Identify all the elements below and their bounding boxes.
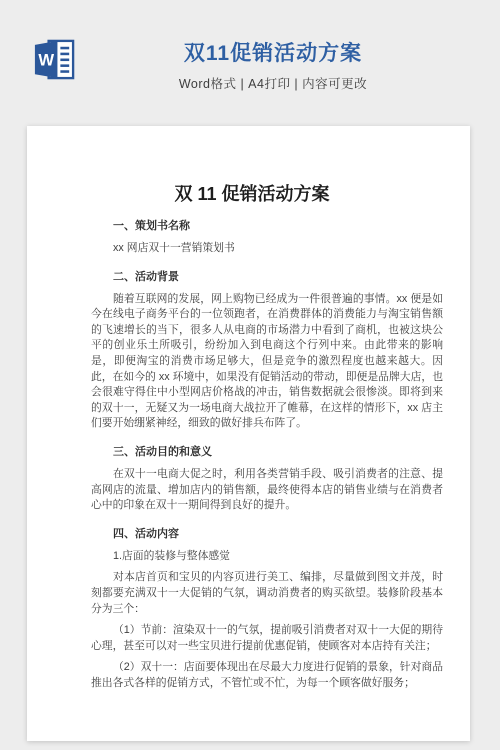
section-paragraph: 1.店面的装修与整体感觉 [91,549,443,565]
section-heading: 一、策划书名称 [91,219,443,234]
section-heading: 四、活动内容 [91,527,443,542]
product-subtitle: Word格式 | A4打印 | 内容可更改 [46,74,500,92]
section-paragraph: 随着互联网的发展，网上购物已经成为一件很普遍的事情。xx 便是如今在线电子商务平… [91,292,443,432]
template-preview: W 双11促销活动方案 Word格式 | A4打印 | 内容可更改 双 11 促… [0,0,500,750]
doc-body: 一、策划书名称xx 网店双十一营销策划书二、活动背景随着互联网的发展，网上购物已… [91,219,443,691]
document-page: 双 11 促销活动方案 一、策划书名称xx 网店双十一营销策划书二、活动背景随着… [27,126,470,741]
product-title: 双11促销活动方案 [46,42,500,66]
section-heading: 二、活动背景 [91,270,443,285]
section-paragraph: （2）双十一：店面要体现出在尽最大力度进行促销的景象，针对商品推出各式各样的促销… [91,660,443,691]
section-paragraph: xx 网店双十一营销策划书 [91,241,443,257]
header-text-block: 双11促销活动方案 Word格式 | A4打印 | 内容可更改 [46,42,500,92]
doc-section: 四、活动内容1.店面的装修与整体感觉对本店首页和宝贝的内容页进行美工、编排，尽量… [91,527,443,692]
section-paragraph: 在双十一电商大促之时，利用各类营销手段、吸引消费者的注意、提高网店的流量、增加店… [91,467,443,514]
section-heading: 三、活动目的和意义 [91,445,443,460]
document-title: 双 11 促销活动方案 [61,183,443,205]
section-paragraph: （1）节前：渲染双十一的气氛，提前吸引消费者对双十一大促的期待心理，甚至可以对一… [91,623,443,654]
doc-section: 三、活动目的和意义在双十一电商大促之时，利用各类营销手段、吸引消费者的注意、提高… [91,445,443,514]
doc-section: 一、策划书名称xx 网店双十一营销策划书 [91,219,443,257]
doc-section: 二、活动背景随着互联网的发展，网上购物已经成为一件很普遍的事情。xx 便是如今在… [91,270,443,432]
section-paragraph: 对本店首页和宝贝的内容页进行美工、编排，尽量做到图文并茂，时刻都要充满双十一大促… [91,570,443,617]
